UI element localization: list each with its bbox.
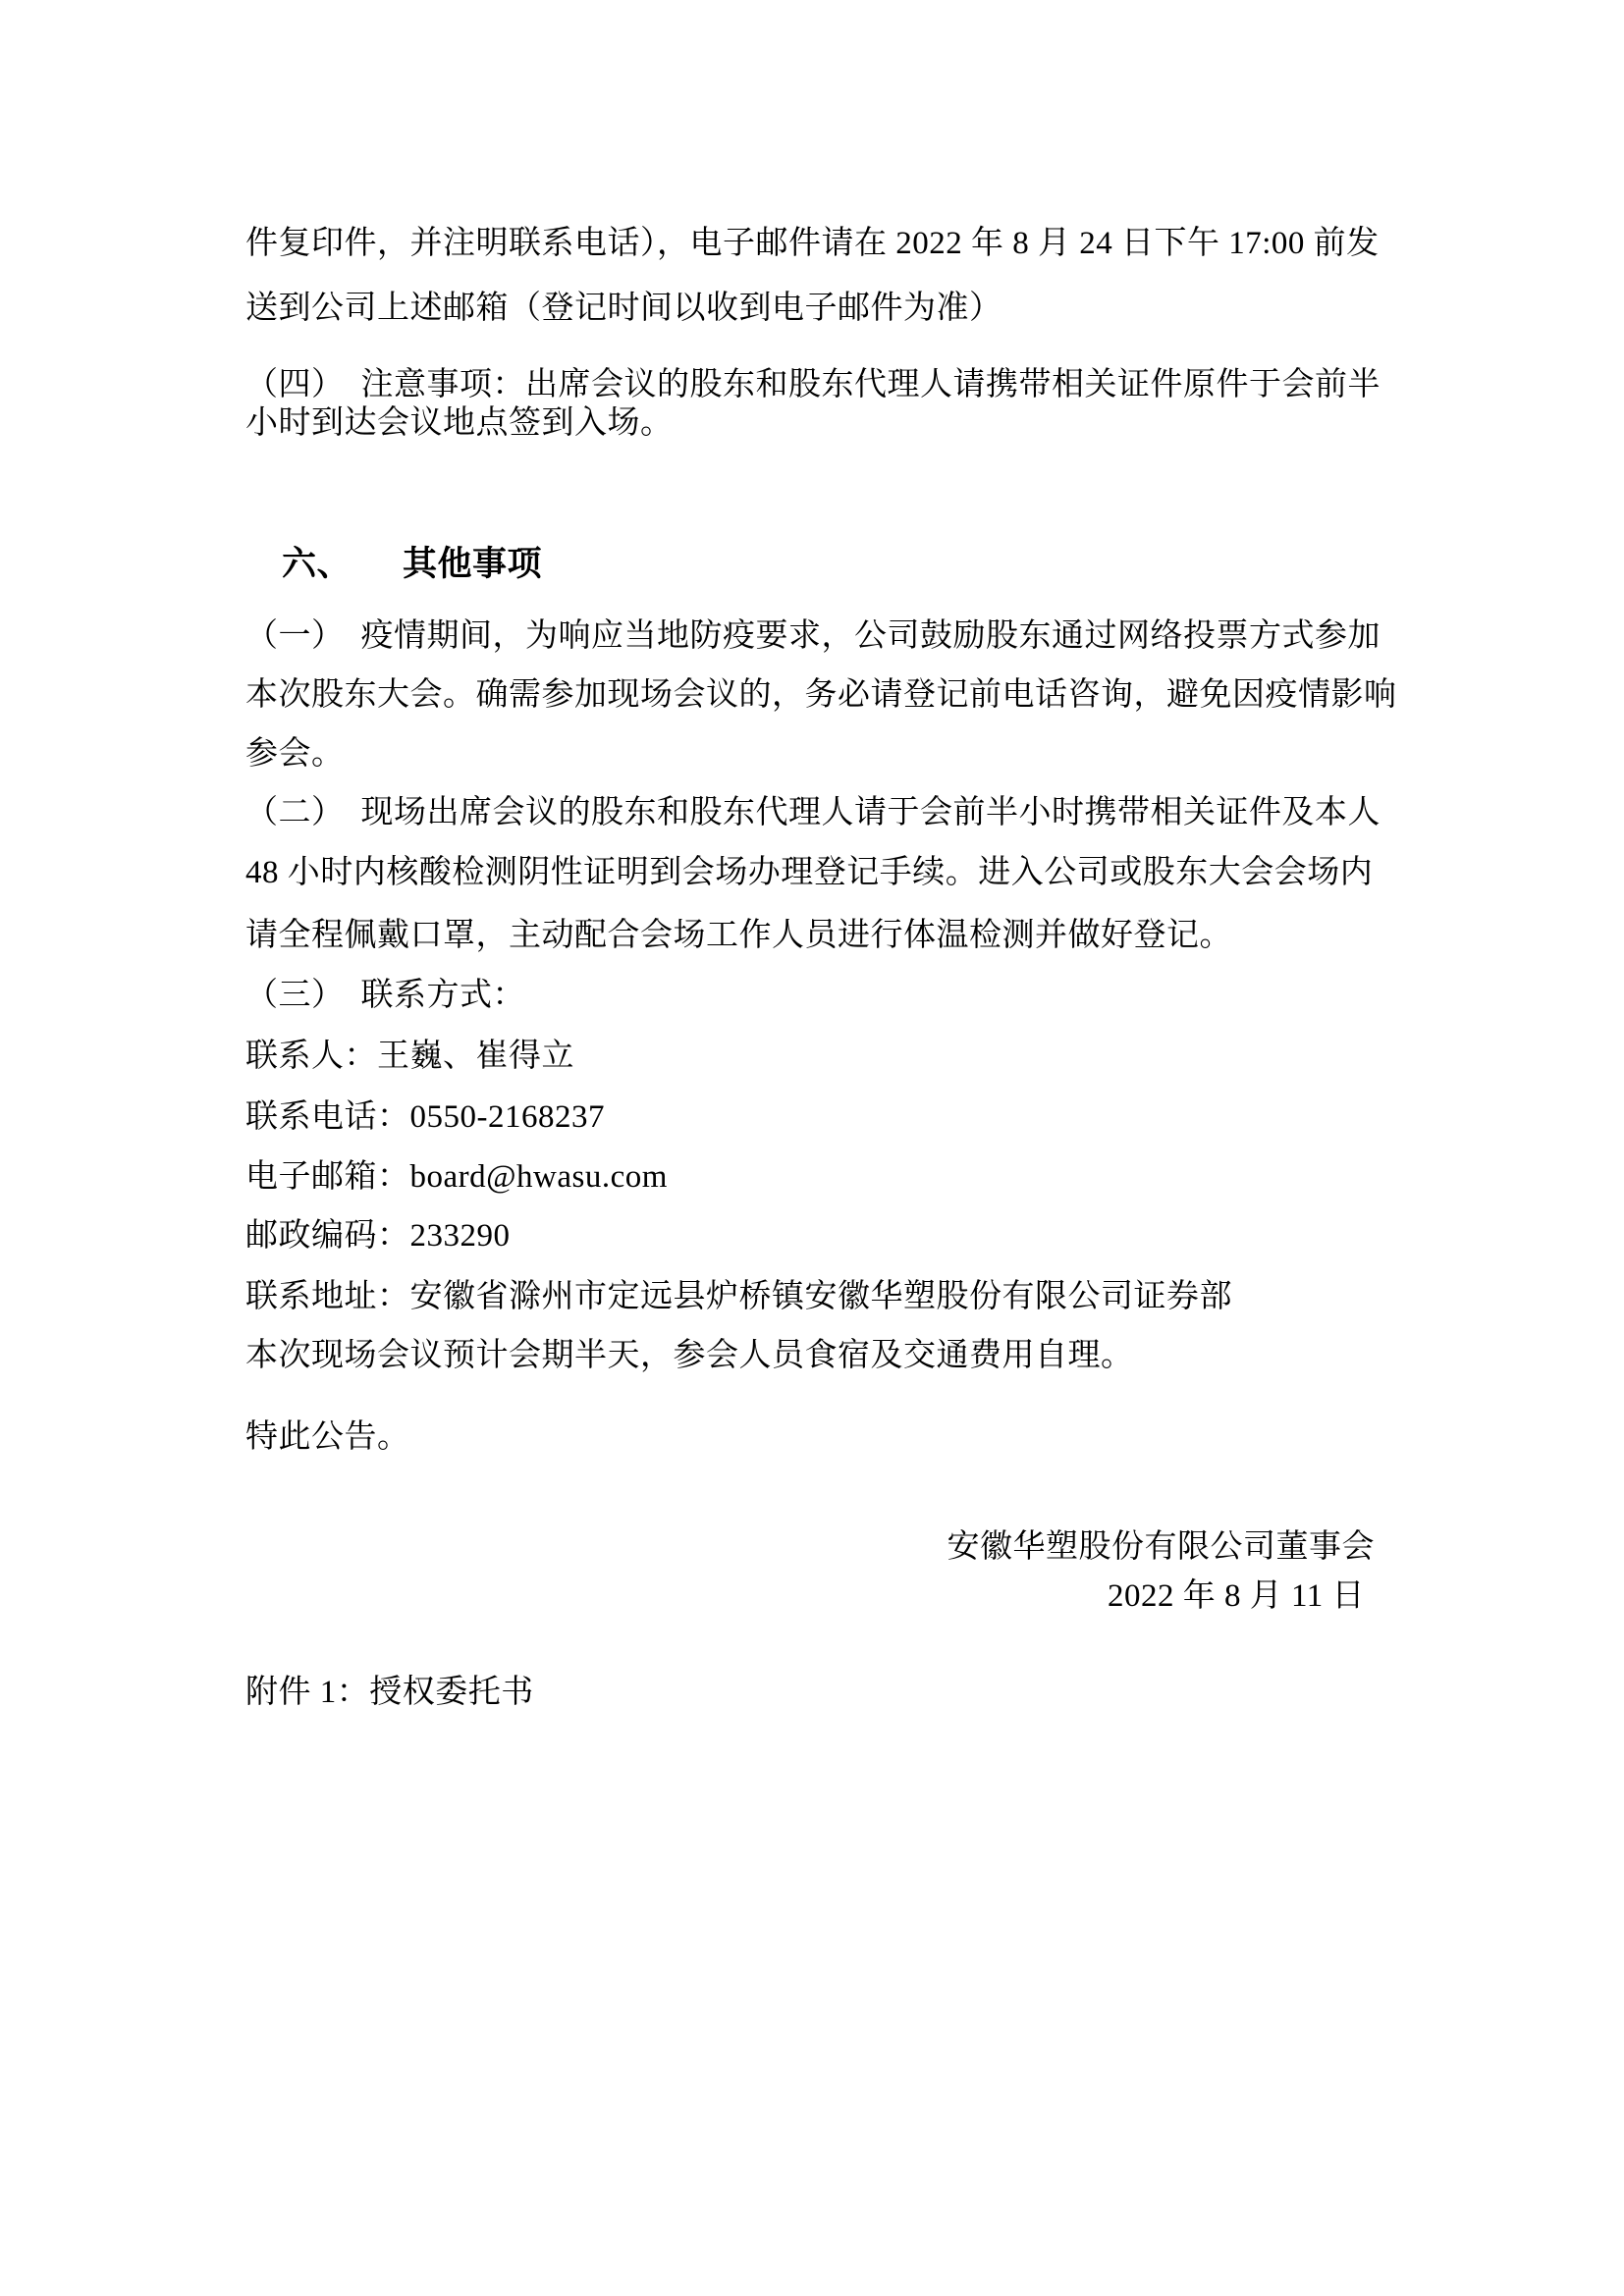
- contact-address-line: 联系地址：安徽省滁州市定远县炉桥镇安徽华塑股份有限公司证券部: [245, 1277, 1232, 1316]
- section-number: 六、: [282, 545, 352, 583]
- item2-onsite-line: 48 小时内核酸检测阴性证明到会场办理登记手续。进入公司或股东大会会场内: [245, 853, 1373, 892]
- item3-contact-heading: （三） 联系方式：: [245, 976, 525, 1015]
- meeting-note: 本次现场会议预计会期半天，参会人员食宿及交通费用自理。: [245, 1336, 1134, 1375]
- section-heading: 六、其他事项: [245, 506, 542, 623]
- item4-notes-line: 小时到达会议地点签到入场。: [245, 403, 674, 443]
- item4-notes-line: （四） 注意事项：出席会议的股东和股东代理人请携带相关证件原件于会前半: [245, 365, 1380, 404]
- intro-line: 送到公司上述邮箱（登记时间以收到电子邮件为准）: [245, 289, 1002, 328]
- signature-date: 2022 年 8 月 11 日: [1108, 1576, 1375, 1616]
- contact-person-line: 联系人：王巍、崔得立: [245, 1037, 574, 1076]
- item2-onsite-line: 请全程佩戴口罩，主动配合会场工作人员进行体温检测并做好登记。: [245, 916, 1232, 955]
- item2-onsite-line: （二） 现场出席会议的股东和股东代理人请于会前半小时携带相关证件及本人: [245, 793, 1380, 832]
- signature-company: 安徽华塑股份有限公司董事会: [947, 1527, 1376, 1567]
- attachment-note: 附件 1：授权委托书: [245, 1673, 534, 1712]
- contact-postcode-line: 邮政编码：233290: [245, 1216, 511, 1255]
- closing-line: 特此公告。: [245, 1417, 410, 1457]
- intro-line: 件复印件，并注明联系电话），电子邮件请在 2022 年 8 月 24 日下午 1…: [245, 224, 1380, 263]
- item1-epidemic-line: 本次股东大会。确需参加现场会议的，务必请登记前电话咨询，避免因疫情影响: [245, 675, 1397, 715]
- section-title: 其他事项: [403, 545, 542, 584]
- document-page: 件复印件，并注明联系电话），电子邮件请在 2022 年 8 月 24 日下午 1…: [0, 0, 1624, 2296]
- item1-epidemic-line: （一） 疫情期间，为响应当地防疫要求，公司鼓励股东通过网络投票方式参加: [245, 616, 1380, 656]
- contact-email-line: 电子邮箱：board@hwasu.com: [245, 1157, 668, 1197]
- item1-epidemic-line: 参会。: [245, 734, 345, 774]
- contact-phone-line: 联系电话：0550-2168237: [245, 1097, 605, 1137]
